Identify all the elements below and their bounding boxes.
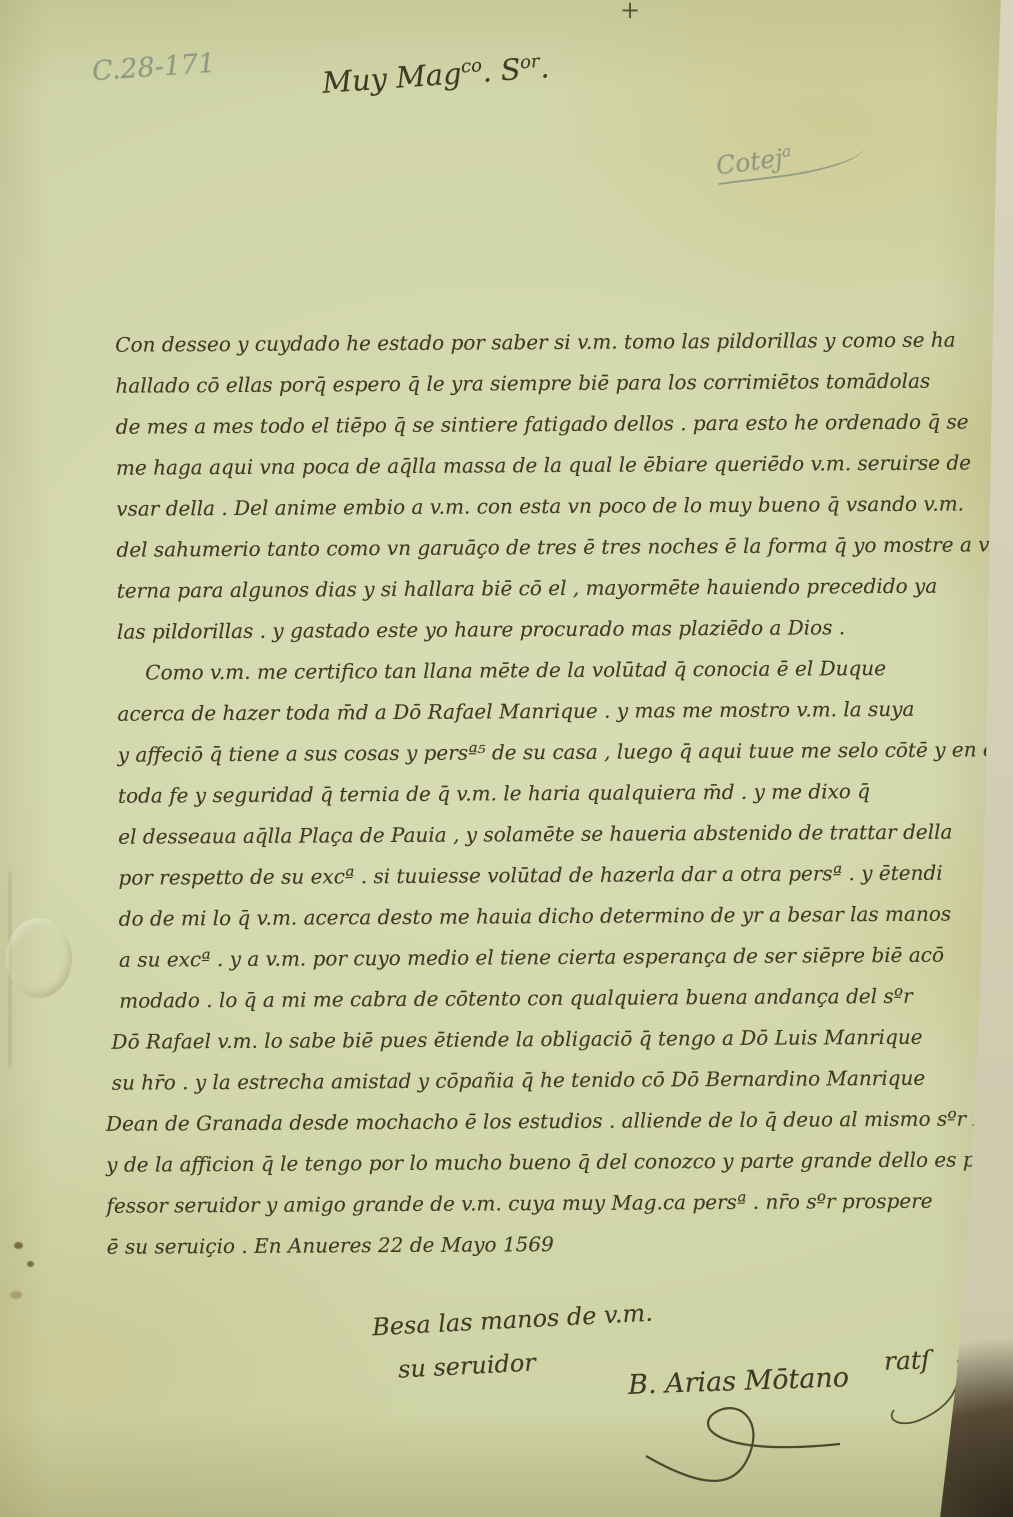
handwriting-line: y de la afficion q̄ le tengo por lo much…: [106, 1139, 1002, 1185]
handwriting-line: del sahumerio tanto como vn garuāço de t…: [116, 524, 998, 570]
handwriting-line: do de mi lo q̄ v.m. acerca desto me haui…: [119, 893, 1001, 939]
pencil-collation-note: Coteja: [714, 133, 867, 185]
handwriting-line: me haga aqui vna poca de aq̄lla massa de…: [116, 442, 998, 488]
handwriting-line: por respetto de su excª . si tuuiesse vo…: [118, 852, 1000, 898]
letter-paper: + C.28-171 Coteja Muy Magco. Sor. Con de…: [0, 0, 1013, 1517]
salutation-sup1: co: [460, 55, 482, 77]
salutation: Muy Magco. Sor.: [321, 50, 550, 100]
handwriting-line: vsar della . Del anime embio a v.m. con …: [116, 483, 998, 529]
salutation-sup2: or: [519, 51, 540, 73]
handwriting-line: Con desseo y cuydado he estado por saber…: [115, 319, 997, 365]
handwriting-line: el desseaua aq̄lla Plaça de Pauia , y so…: [118, 811, 1000, 857]
salutation-end: .: [539, 50, 551, 85]
seal-impression: [6, 918, 72, 998]
ink-spot: [14, 1242, 23, 1249]
handwriting-line: a su excª . y a v.m. por cuyo medio el t…: [119, 934, 1001, 980]
handwriting-line: hallado cō ellas porq̄ espero q̄ le yra …: [115, 360, 997, 406]
handwriting-line: Como v.m. me certifico tan llana mēte de…: [117, 647, 999, 693]
handwriting-line: toda fe y seguridad q̄ ternia de q̄ v.m.…: [118, 770, 1000, 816]
handwriting-line: terna para algunos dias y si hallara biē…: [117, 565, 999, 611]
handwriting-line: las pildorillas . y gastado este yo haur…: [117, 606, 999, 652]
letter-body: Con desseo y cuydado he estado por saber…: [115, 319, 1003, 1267]
pencil-collation-text: Cotej: [715, 143, 785, 180]
closing-courtesy-line: Besa las manos de v.m.: [371, 1299, 653, 1342]
handwriting-line: Dean de Granada desde mochacho ē los est…: [106, 1098, 1002, 1144]
handwriting-line: Dō Rafael v.m. lo sabe biē pues ētiende …: [111, 1016, 1001, 1062]
pencil-collation-sup: a: [781, 142, 792, 161]
signature: B. Arias Mōtano: [628, 1362, 850, 1401]
handwriting-line: fessor seruidor y amigo grande de v.m. c…: [106, 1180, 1002, 1226]
handwriting-line: y affeciō q̄ tiene a sus cosas y persª⁵ …: [118, 729, 1000, 775]
handwriting-line: modado . lo q̄ a mi me cabra de cōtento …: [119, 975, 1001, 1021]
salutation-pre: Muy Mag: [321, 56, 463, 100]
stain-spot: [10, 1291, 22, 1299]
closing-servant-line: su seruidor: [397, 1348, 536, 1383]
ink-spot: [27, 1261, 34, 1267]
handwriting-line: ē su seruiçio . En Anueres 22 de Mayo 15…: [107, 1221, 1003, 1267]
salutation-mid: . S: [481, 52, 522, 89]
handwriting-line: acerca de hazer toda m̄d a Dō Rafael Man…: [117, 688, 999, 734]
signature-rubric: [640, 1398, 850, 1498]
pencil-shelfmark: C.28-171: [91, 48, 216, 88]
registration-cross-mark: +: [620, 0, 640, 24]
handwriting-line: su hr̄o . y la estrecha amistad y cōpañi…: [112, 1057, 1002, 1103]
handwriting-line: de mes a mes todo el tiēpo q̄ se sintier…: [116, 401, 998, 447]
